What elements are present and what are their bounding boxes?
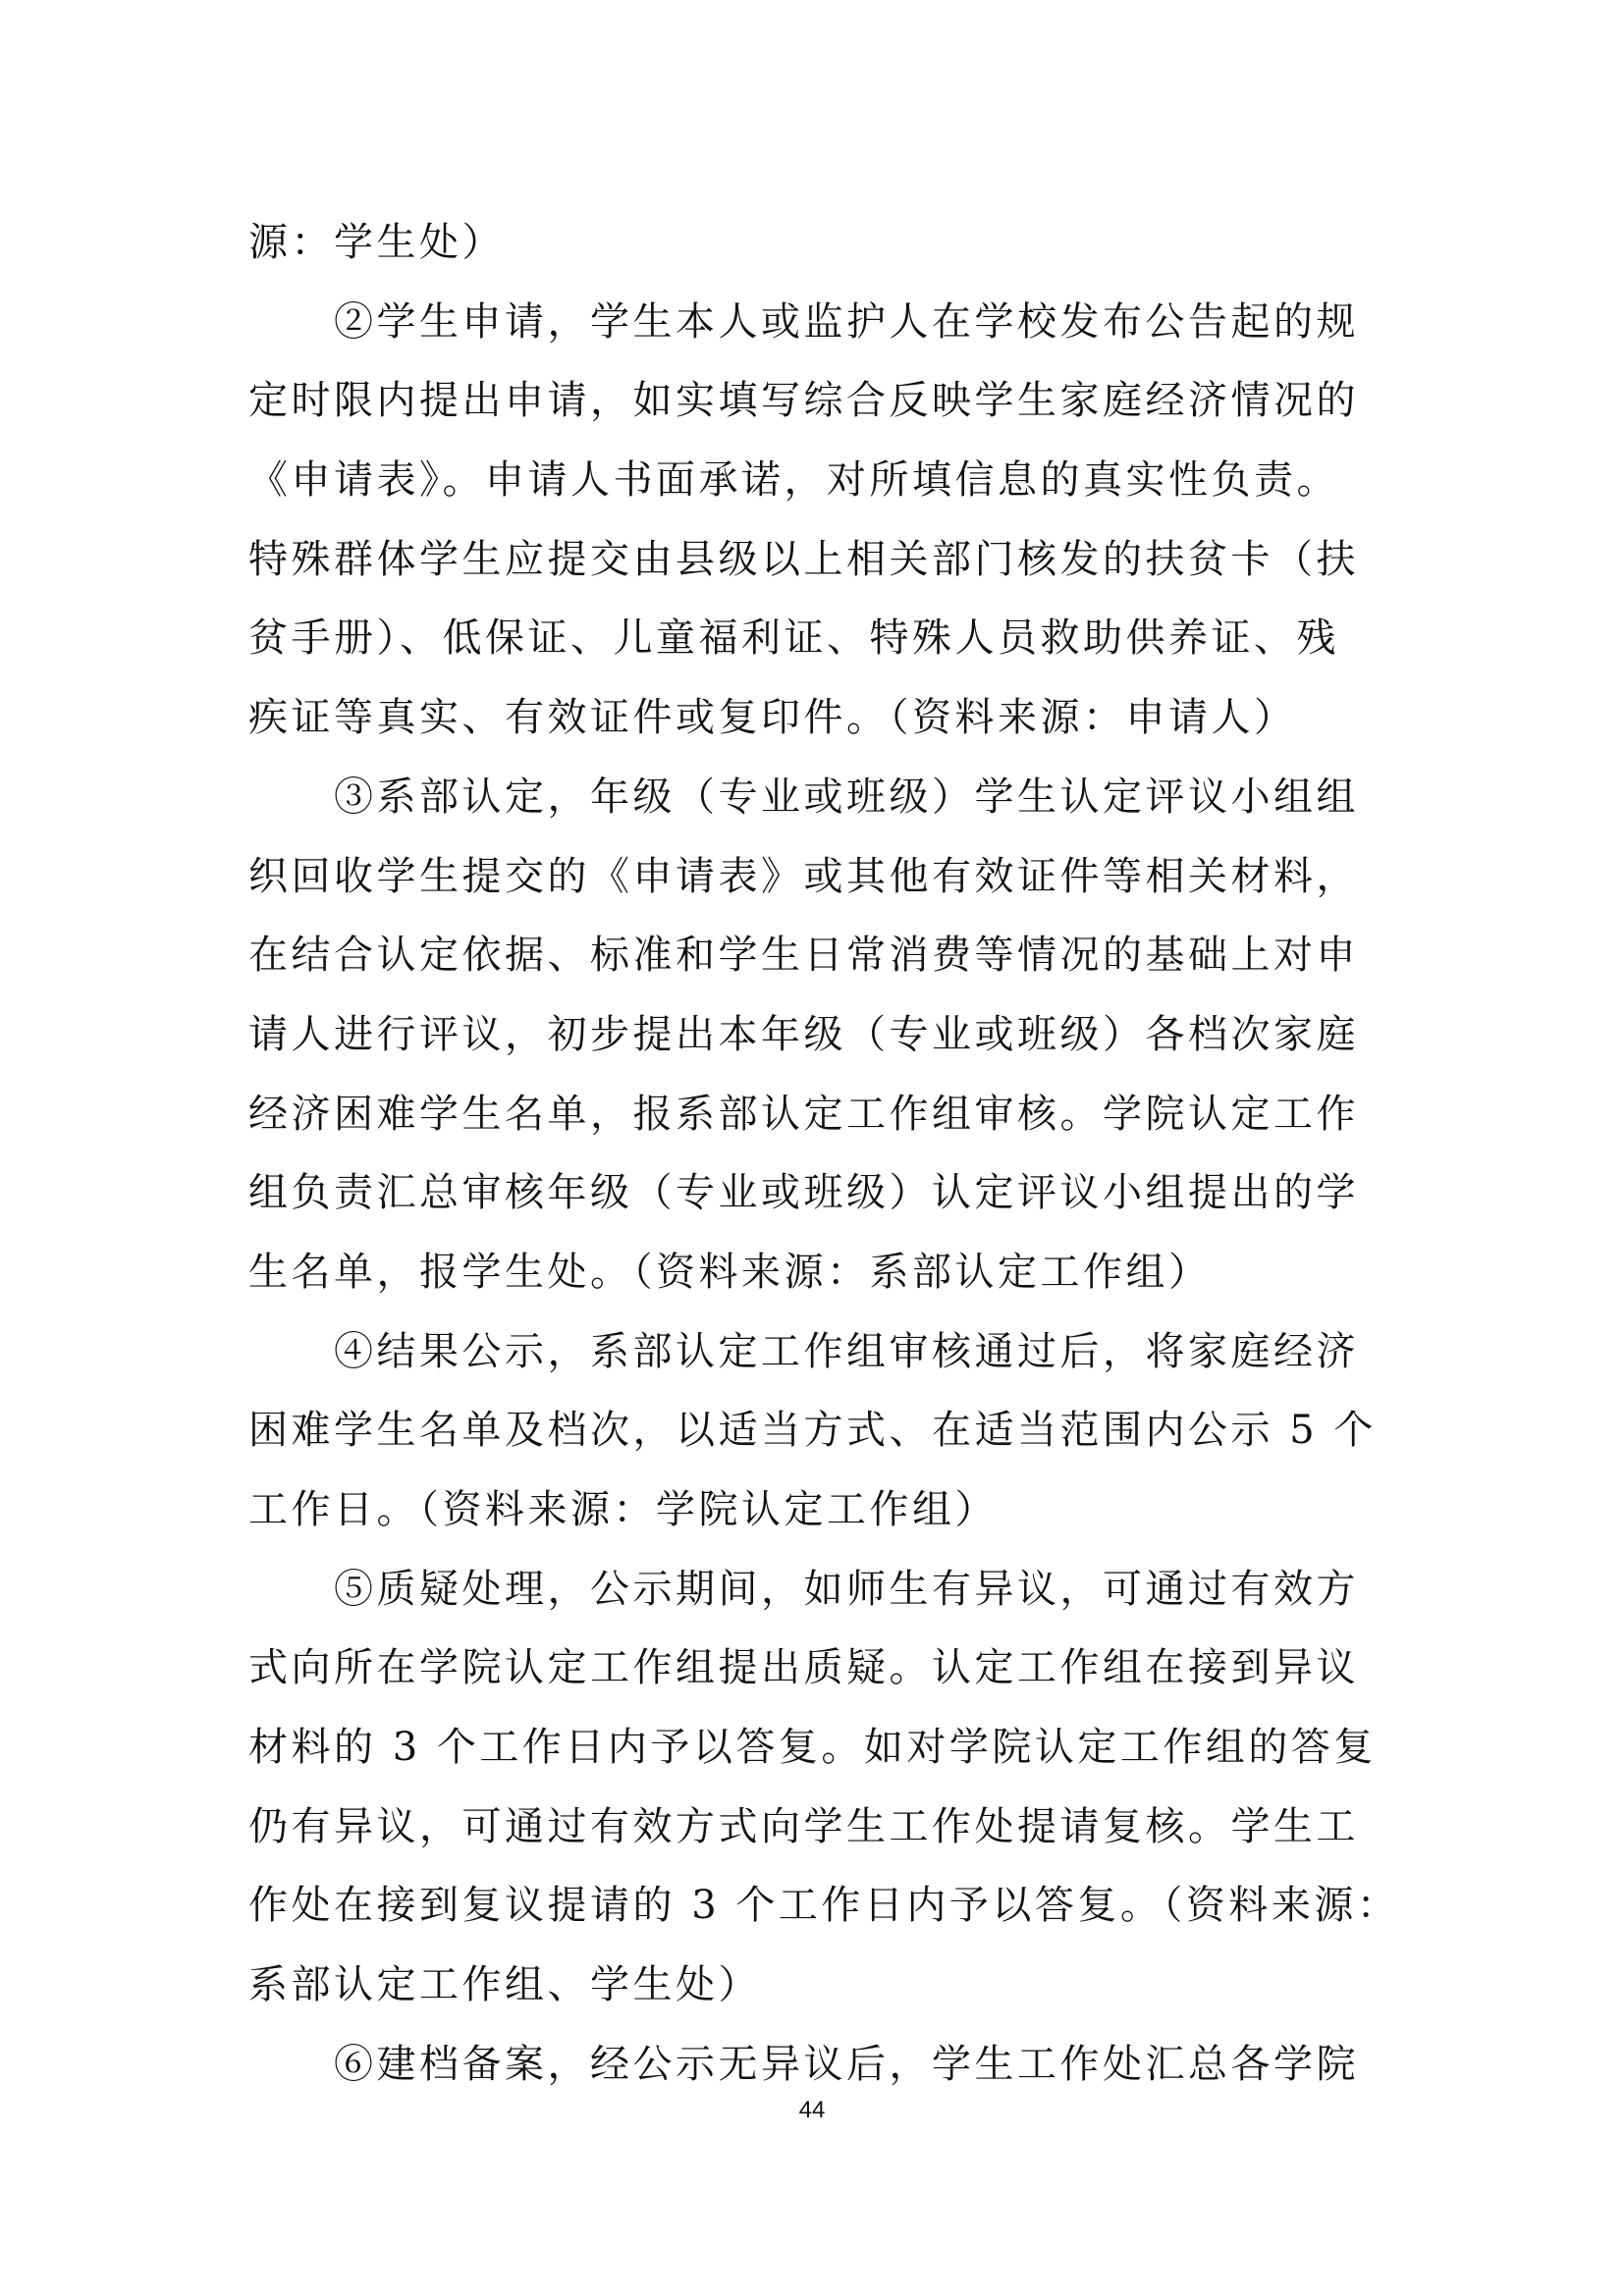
body-text: 源：学生处） ②学生申请，学生本人或监护人在学校发布公告起的规 定时限内提出申请… (248, 203, 1380, 2105)
text-line: 疾证等真实、有效证件或复印件。（资料来源：申请人） (248, 678, 1380, 758)
page-number: 44 (0, 2097, 1624, 2124)
text-line: 请人进行评议，初步提出本年级（专业或班级）各档次家庭 (248, 995, 1380, 1075)
document-page: 源：学生处） ②学生申请，学生本人或监护人在学校发布公告起的规 定时限内提出申请… (0, 0, 1624, 2296)
text-line: 式向所在学院认定工作组提出质疑。认定工作组在接到异议 (248, 1629, 1380, 1708)
text-line: 源：学生处） (248, 203, 1380, 283)
text-line: 材料的 3 个工作日内予以答复。如对学院认定工作组的答复 (248, 1708, 1380, 1788)
text-line: 仍有异议，可通过有效方式向学生工作处提请复核。学生工 (248, 1788, 1380, 1867)
text-line: 《申请表》。申请人书面承诺，对所填信息的真实性负责。 (248, 441, 1380, 520)
text-line: 作处在接到复议提请的 3 个工作日内予以答复。（资料来源： (248, 1866, 1380, 1946)
text-line: 系部认定工作组、学生处） (248, 1946, 1380, 2025)
text-line: 困难学生名单及档次，以适当方式、在适当范围内公示 5 个 (248, 1391, 1380, 1470)
text-line: 定时限内提出申请，如实填写综合反映学生家庭经济情况的 (248, 361, 1380, 441)
text-line: 贫手册）、低保证、儿童福利证、特殊人员救助供养证、残 (248, 599, 1380, 678)
text-line-step-5: ⑤质疑处理，公示期间，如师生有异议，可通过有效方 (248, 1550, 1380, 1629)
text-line-step-2: ②学生申请，学生本人或监护人在学校发布公告起的规 (248, 283, 1380, 362)
text-line: 工作日。（资料来源：学院认定工作组） (248, 1470, 1380, 1550)
text-line-step-4: ④结果公示，系部认定工作组审核通过后，将家庭经济 (248, 1312, 1380, 1392)
text-line: 经济困难学生名单，报系部认定工作组审核。学院认定工作 (248, 1075, 1380, 1154)
text-line: 特殊群体学生应提交由县级以上相关部门核发的扶贫卡（扶 (248, 520, 1380, 600)
text-line: 组负责汇总审核年级（专业或班级）认定评议小组提出的学 (248, 1153, 1380, 1233)
text-line: 织回收学生提交的《申请表》或其他有效证件等相关材料， (248, 837, 1380, 917)
text-line-step-3: ③系部认定，年级（专业或班级）学生认定评议小组组 (248, 758, 1380, 837)
text-line: 在结合认定依据、标准和学生日常消费等情况的基础上对申 (248, 916, 1380, 995)
text-line: 生名单，报学生处。（资料来源：系部认定工作组） (248, 1233, 1380, 1312)
text-line-step-6: ⑥建档备案，经公示无异议后，学生工作处汇总各学院 (248, 2025, 1380, 2105)
